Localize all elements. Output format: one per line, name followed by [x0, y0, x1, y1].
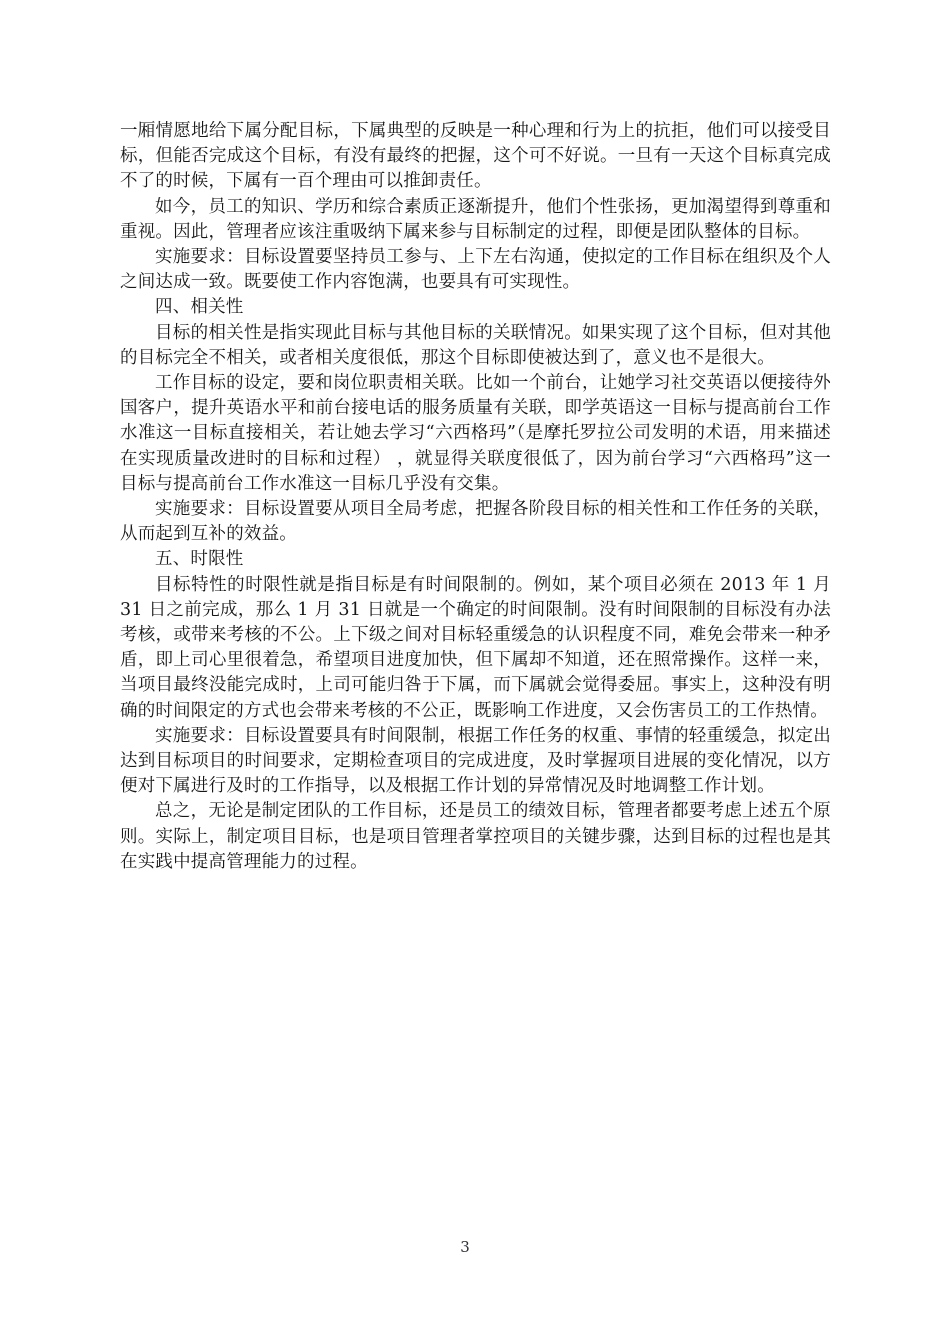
page-number: 3: [120, 1238, 810, 1256]
paragraph-implementation-note: 实施要求：目标设置要从项目全局考虑，把握各阶段目标的相关性和工作任务的关联，从而…: [120, 497, 831, 547]
paragraph-implementation-note: 实施要求：目标设置要具有时间限制，根据工作任务的权重、事情的轻重缓急，拟定出达到…: [120, 724, 831, 800]
document-page: 一厢情愿地给下属分配目标，下属典型的反映是一种心理和行为上的抗拒，他们可以接受目…: [0, 0, 950, 1344]
paragraph-conclusion: 总之，无论是制定团队的工作目标，还是员工的绩效目标，管理者都要考虑上述五个原则。…: [120, 799, 831, 875]
paragraph-implementation-note: 实施要求：目标设置要坚持员工参与、上下左右沟通，使拟定的工作目标在组织及个人之间…: [120, 245, 831, 295]
section-heading-relevance: 四、相关性: [120, 295, 831, 320]
paragraph: 目标特性的时限性就是指目标是有时间限制的。例如，某个项目必须在 2013 年 1…: [120, 573, 831, 724]
paragraph: 目标的相关性是指实现此目标与其他目标的关联情况。如果实现了这个目标，但对其他的目…: [120, 321, 831, 371]
paragraph: 工作目标的设定，要和岗位职责相关联。比如一个前台，让她学习社交英语以便接待外国客…: [120, 371, 831, 497]
paragraph-continuation: 一厢情愿地给下属分配目标，下属典型的反映是一种心理和行为上的抗拒，他们可以接受目…: [120, 119, 831, 195]
document-body: 一厢情愿地给下属分配目标，下属典型的反映是一种心理和行为上的抗拒，他们可以接受目…: [120, 119, 831, 875]
paragraph: 如今，员工的知识、学历和综合素质正逐渐提升，他们个性张扬，更加渴望得到尊重和重视…: [120, 195, 831, 245]
section-heading-time-bound: 五、时限性: [120, 547, 831, 572]
